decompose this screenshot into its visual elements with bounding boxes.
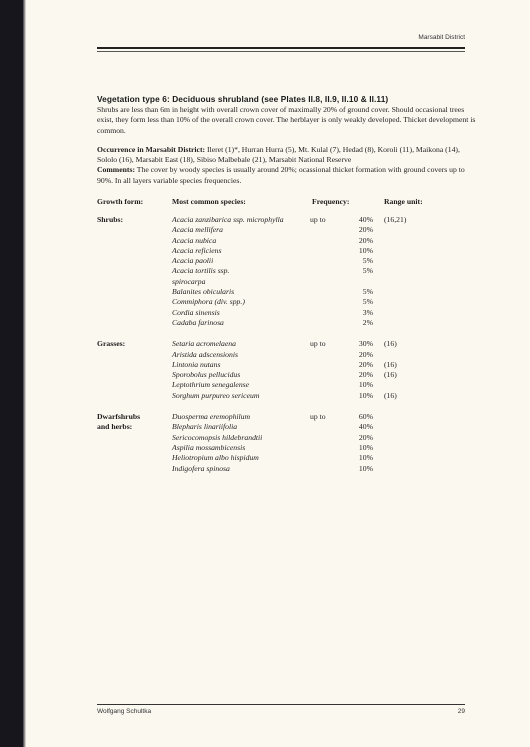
frequency-value: 10%	[345, 464, 373, 474]
running-header: Marsabit District	[97, 34, 465, 41]
frequency-value: 10%	[345, 443, 373, 453]
table-row: Grasses:Setaria acromelaenaup to30%(16)	[97, 339, 477, 349]
header-rule-thin	[97, 51, 465, 52]
table-row: spirocarpa	[97, 277, 477, 287]
header-growth-form: Growth form:	[97, 197, 143, 207]
frequency-value: 20%	[345, 370, 373, 380]
species-name: Leptothrium senegalense	[172, 380, 249, 390]
species-name: Cordia sinensis	[172, 308, 220, 318]
range-unit: (16)	[384, 339, 397, 349]
species-name: Sporobolus pellucidus	[172, 370, 240, 380]
range-unit: (16)	[384, 391, 397, 401]
footer-author: Wolfgang Schultka	[97, 708, 151, 715]
growth-form-label: and herbs:	[97, 422, 132, 432]
species-name: spirocarpa	[172, 277, 205, 287]
frequency-qualifier: up to	[310, 412, 326, 422]
frequency-value: 5%	[345, 266, 373, 276]
table-row: DwarfshrubsDuosperma eremophilumup to60%	[97, 412, 477, 422]
species-table: Growth form: Most common species: Freque…	[97, 197, 477, 474]
frequency-value: 10%	[345, 246, 373, 256]
species-name: Balanites obicularis	[172, 287, 234, 297]
frequency-value: 10%	[345, 453, 373, 463]
frequency-value: 20%	[345, 433, 373, 443]
table-row: and herbs:Blepharis linariifolia40%	[97, 422, 477, 432]
frequency-value: 40%	[345, 422, 373, 432]
range-unit: (16)	[384, 360, 397, 370]
occurrence-paragraph: Occurrence in Marsabit District: Ileret …	[97, 145, 477, 166]
table-row: Cordia sinensis3%	[97, 308, 477, 318]
section-body: Vegetation type 6: Deciduous shrubland (…	[97, 94, 477, 186]
frequency-value: 5%	[345, 287, 373, 297]
species-name: Acacia paolii	[172, 256, 213, 266]
species-name: Heliotropium albo hispidum	[172, 453, 259, 463]
page-number: 29	[440, 708, 465, 715]
section-description: Shrubs are less than 6m in height with o…	[97, 105, 477, 136]
page-gutter-shadow	[23, 0, 26, 747]
table-row: Leptothrium senegalense10%	[97, 380, 477, 390]
frequency-value: 30%	[345, 339, 373, 349]
species-name: Aristida adscensionis	[172, 350, 238, 360]
species-name: Cadaba farinosa	[172, 318, 224, 328]
range-unit: (16)	[384, 370, 397, 380]
footer-rule	[97, 704, 465, 705]
comments-text: The cover by woody species is usually ar…	[97, 165, 465, 184]
table-row: Aspilia mossambicensis10%	[97, 443, 477, 453]
species-name: Setaria acromelaena	[172, 339, 236, 349]
table-row: Heliotropium albo hispidum10%	[97, 453, 477, 463]
table-row: Sporobolus pellucidus20%(16)	[97, 370, 477, 380]
growth-form-label: Shrubs:	[97, 215, 123, 225]
table-row: Acacia mellifera20%	[97, 225, 477, 235]
frequency-qualifier: up to	[310, 339, 326, 349]
table-row: Sericocomopsis hildebrandtii20%	[97, 433, 477, 443]
frequency-value: 10%	[345, 380, 373, 390]
table-row: Balanites obicularis5%	[97, 287, 477, 297]
species-name: Commiphora (div. spp.)	[172, 297, 245, 307]
table-row: Acacia reficiens10%	[97, 246, 477, 256]
growth-form-label: Grasses:	[97, 339, 125, 349]
species-name: Aspilia mossambicensis	[172, 443, 245, 453]
header-rule	[97, 47, 465, 49]
table-row: Aristida adscensionis20%	[97, 350, 477, 360]
frequency-value: 20%	[345, 350, 373, 360]
frequency-value: 20%	[345, 236, 373, 246]
frequency-qualifier: up to	[310, 215, 326, 225]
range-unit: (16,21)	[384, 215, 406, 225]
species-name: Lintonia nutans	[172, 360, 220, 370]
species-name: Sericocomopsis hildebrandtii	[172, 433, 262, 443]
table-row: Cadaba farinosa2%	[97, 318, 477, 328]
table-row: Sorghum purpureo sericeum10%(16)	[97, 391, 477, 401]
table-row: Lintonia nutans20%(16)	[97, 360, 477, 370]
header-species: Most common species:	[172, 197, 246, 207]
species-name: Acacia tortilis ssp.	[172, 266, 229, 276]
table-header-row: Growth form: Most common species: Freque…	[97, 197, 477, 207]
header-frequency: Frequency:	[312, 197, 349, 207]
table-row: Commiphora (div. spp.)5%	[97, 297, 477, 307]
frequency-value: 60%	[345, 412, 373, 422]
growth-form-label: Dwarfshrubs	[97, 412, 140, 422]
frequency-value: 20%	[345, 360, 373, 370]
frequency-value: 10%	[345, 391, 373, 401]
species-name: Acacia reficiens	[172, 246, 221, 256]
species-name: Blepharis linariifolia	[172, 422, 237, 432]
table-row: Indigofera spinosa10%	[97, 464, 477, 474]
frequency-value: 2%	[345, 318, 373, 328]
comments-label: Comments:	[97, 165, 135, 174]
table-row: Acacia tortilis ssp.5%	[97, 266, 477, 276]
table-body: Shrubs:Acacia zanzibarica ssp. microphyl…	[97, 215, 477, 474]
species-name: Indigofera spinosa	[172, 464, 230, 474]
species-name: Acacia mellifera	[172, 225, 223, 235]
book-binding-edge	[0, 0, 23, 747]
species-name: Sorghum purpureo sericeum	[172, 391, 259, 401]
frequency-value: 20%	[345, 225, 373, 235]
occurrence-label: Occurrence in Marsabit District:	[97, 145, 205, 154]
comments-paragraph: Comments: The cover by woody species is …	[97, 165, 477, 186]
table-row: Acacia paolii5%	[97, 256, 477, 266]
table-row: Shrubs:Acacia zanzibarica ssp. microphyl…	[97, 215, 477, 225]
frequency-value: 5%	[345, 297, 373, 307]
frequency-value: 3%	[345, 308, 373, 318]
table-row: Acacia nubica20%	[97, 236, 477, 246]
species-name: Acacia zanzibarica ssp. microphylla	[172, 215, 284, 225]
species-name: Duosperma eremophilum	[172, 412, 250, 422]
section-title: Vegetation type 6: Deciduous shrubland (…	[97, 94, 477, 104]
frequency-value: 5%	[345, 256, 373, 266]
header-range-unit: Range unit:	[384, 197, 423, 207]
frequency-value: 40%	[345, 215, 373, 225]
species-name: Acacia nubica	[172, 236, 216, 246]
